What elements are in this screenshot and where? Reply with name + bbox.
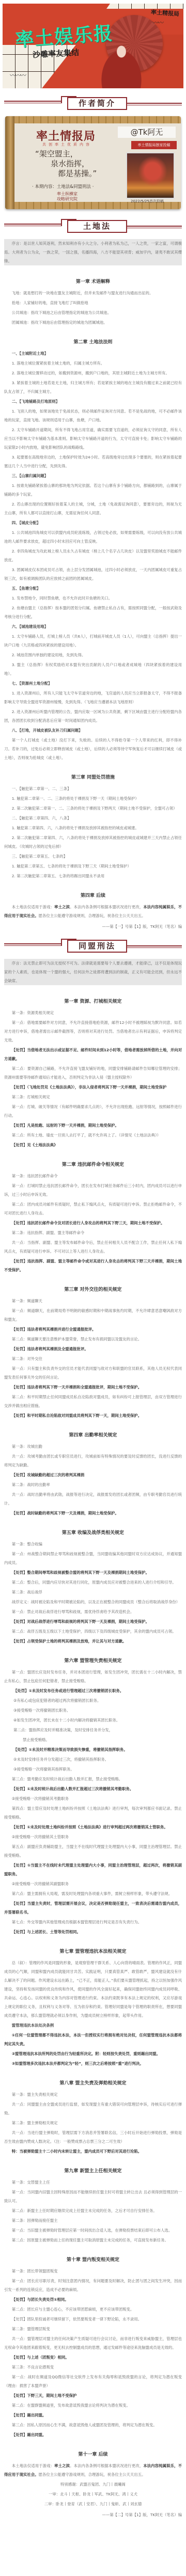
page-bottom-space — [0, 2523, 186, 2565]
penalty-item: ②接受贿赂一次将撤销其土管职务 — [4, 1832, 182, 1841]
clause: 第二点：盟指挥应及时并精准决策，及时安排任务并分发， — [4, 1726, 182, 1734]
clause: 禁止接受贿赂。 — [4, 1735, 182, 1744]
author-handle: @Tk阿无 — [118, 127, 176, 138]
rule-item: ②盟管理违抗本法所判的处罚由行为轻重所决定。附：轻则按失责处罚，重则踢出同盟。 — [4, 2049, 182, 2058]
land-law-body: 序言：是以世人知其逐利，然未知利亦有小大之分。小利者为私为己，一人之贵，一家之富… — [0, 239, 186, 931]
clause: 共一点：同盟盟主由全盟成员进行监督，如发现盟主有重大错误可向管理层申诉，待核实后… — [4, 2100, 182, 2117]
penalty: 【处罚】①未及时发布任务或进行管理超过三次将撤销团长职务。 — [4, 1686, 182, 1695]
article-title: 第一条：整合收编 — [4, 1540, 182, 1548]
penalty: 【处罚】踢出同盟。 — [4, 2411, 182, 2420]
clause: 第三点：因私人原因而心生不满，故意诋毁他人或盟团及管理的，将判定为潜在叛变。 — [4, 2421, 182, 2429]
section-header-author: 作者简介 — [4, 94, 182, 111]
chapter-title: 第三章 同盟处罚措施 — [4, 773, 182, 782]
article-title: 第二条：战后战俘 — [4, 1588, 182, 1597]
chapter-title: 第一章 资源、打城相关规定 — [4, 998, 182, 1006]
penalty: 【处罚】违法者将判其裸捐并进行全盟通报批评。 — [4, 1325, 182, 1334]
brand-name: 率土情报局 — [36, 128, 96, 144]
clause: 1. 触犯第二章第四、六，八条的将处于裸捐及放掉其被指控的城皮或城建。 — [4, 824, 182, 832]
subsection-title: 盟管理违抗本法处决条例 — [4, 2021, 182, 2030]
clause: 1. 发布禁地令，同时禁鱼塘，也不允许此时开鱼塘的关口。 — [4, 594, 182, 603]
clause: 第一点：只有盟主和负责外交的官员才能代表同盟与敌对方和联盟的官员联系，其他人员无… — [4, 1364, 182, 1382]
definition: 战俘定义：战时被沦陷及和平时期被沦陷的，以及正在被整合的同盟成员（整合后将取消战… — [4, 1598, 182, 1606]
penalty: 【处罚】攻城缺勤的超过三次的将判其裸捐 — [4, 1471, 182, 1479]
penalty: 【处罚】当盟主失责时，管理层需开展会议，决定是否弹劾现任盟主，一致表决后需通告盟… — [4, 1899, 182, 1917]
clause: 2. 落地主城位置移动过的，如搬到资源州，搬到户口地的，其原主城附近土地为主城方… — [4, 369, 182, 377]
penalty: 【处罚】违法者将判其下野一天并裸捐和全盟通报批评，期间土地不受保护。 — [4, 1383, 182, 1392]
section-title: 土地法 — [67, 220, 127, 233]
clause: 第六点：盟主需拥有大局观，需及时处理盟内各项重大事件，需树立榜样形象，带头遵守法… — [4, 1889, 182, 1898]
clause: 1. 太守车铺路人员，打城上榜人员（共6人），打城前开城皮人员（1人），可向盟主… — [4, 632, 182, 650]
penalty: 【处罚】下野三天，期间土地不受保护 — [4, 2391, 182, 2400]
clause: 1. 公共城池四角城皮可以供盟内成员轮流练级，占领过免必放，如果需要练级，可以向… — [4, 528, 182, 546]
clause: 1. 落地主城位置紧挨着主城土地的，归属主城方所有。 — [4, 359, 182, 368]
clause: 第二点：在盟群盟频道里，发布故意诋毁我盟言论将判决为潜在叛变。 — [4, 2401, 182, 2410]
clause: 第一点：借地需要邮件对方同意，不允许直接借地抢资源，邮件12小时不被理睬视为默许… — [4, 1018, 182, 1045]
zigzag-decoration: 〰〰 — [152, 18, 163, 27]
clause: 第一点：盟团长应及时发布任务，并对本团进行管理，如发生团冲突，团长需在十二小时内… — [4, 1668, 182, 1685]
chapter-title: 第八章 盟主失责及弹劾相关规定 — [4, 2079, 182, 2088]
closing-paragraph: 本土地法仅适用于游戏：率土之滨。本法内各条例可根据本盟状况进行更改，本法内容纯属… — [4, 903, 182, 920]
clause: 2. 第二次触犯第二章第五、七条的将踢出同盟永不录用 — [4, 872, 182, 880]
article-title: 第二条：盟主弹劾相关规定 — [4, 2119, 182, 2127]
special-note: 特：当被弹劾盟主十二小时内未转让盟主，盟内成员可下野后对其进行沦陷。 — [4, 2147, 182, 2156]
article-title: 第一条：违抗团长邮件命令 — [4, 1172, 182, 1180]
exclusive-tag: 率土情报局独家投稿 — [131, 141, 177, 149]
first-review: 一审：北斗丨天枢、卧龙丨军武、TK阿无、鸿丨义犬 — [4, 2490, 182, 2499]
penalty: 【处罚】整合期间辱骂和歧视被整合盟的将判其下野一天及裸捐期间土地受保护。 — [4, 1568, 182, 1577]
article-title: 第二条：违抗指挥、副盟、盟主等邮件命令 — [4, 1228, 182, 1237]
clause: 第二点：新盟主上任时期应继续完成上任盟主未完成的任务，之后才可自行安排任务。 — [4, 2206, 182, 2215]
penalty-item: ②接受贿赂一次将撤销其考勤职务 — [4, 1794, 182, 1803]
section-header-criminal-law: 同盟刑法 — [4, 937, 182, 954]
chapter-title: 第二章 违抗邮件命令相关规定 — [4, 1161, 182, 1170]
clause: 第三点：盟考勤应及时统计战后出勤人数并汇报，禁止接受贿赂。 — [4, 1775, 182, 1783]
clause: 3. 紧挨着主城的土地若是无主地，归主城方所有；若是紧挨主城的地在主城没有搬过来… — [4, 378, 182, 396]
header-banner: 〰〰〰 〰〰 率土娱乐报 沙雕率友集结 率土精报局 — [3, 4, 183, 88]
closing-paragraph: 本土地法仅适用于游戏：率土之滨。本法内各条例可根据本盟状况进行更改，本法内容纯属… — [4, 2461, 182, 2479]
submission-date: 2022/5/25首次投稿 — [131, 199, 164, 204]
clause: 3. 团属城皮仅本团成员可占领，由上层分发团属城池，过四小时必须放皮，一天内团属… — [4, 565, 182, 583]
penalty: 【处罚】①当盟主不在线时未代理盟主处理盟内大小事，同盟主治理管理层，超过两次，将… — [4, 1861, 182, 1878]
clause: 2. 城池范围内单独的建设用地，先到先得。 — [4, 651, 182, 659]
article-title: 第一条：资源类相关规定 — [4, 1008, 182, 1017]
subsection-title: 二、【触犯第二章第四、六，八条】 — [4, 814, 182, 823]
clause: 第二点：团长应与主盟心连心，不应该带团惹麻烦，更不应该带团叛变。 — [4, 2305, 182, 2314]
zigzag-decoration: 〰〰〰 — [10, 71, 25, 80]
clause: 第一点：打城时禁止违抗团长邮件命令，团长在发布打城任务邮件后三小时内，团内成员可… — [4, 1181, 182, 1199]
clause: 第二点：要资源自己铺路，不允许直接飞盟友铺好的地，同盟安排铺路请邮件告知哪位管理… — [4, 1064, 182, 1082]
penalty: 【处罚】违抗指挥、副盟、盟主等邮件命令或对其进行人身攻击的将判其下野三天并裸捐，… — [4, 1257, 182, 1274]
penalty-item: ③接受贿赂一次将撤销其指挥职务。 — [4, 1765, 182, 1774]
term: 抢地：人家铺好的地，直接飞地打了叫做抢地 — [4, 298, 182, 307]
penalty: 【处罚】（飞地处罚见《土地法法典》），非法入侵者将判其下野一天并裸捐，期间土地受… — [4, 1083, 182, 1092]
clause: 第一点：打城、破关等情况（有邮件明确要求几点的），不允许出现抢跑、远射等情况，按… — [4, 1102, 182, 1120]
clause: 第一点：州战整合期间禁止辱骂和歧视被整合盟，当同盟收编其他同盟时双方应达成协议，… — [4, 1550, 182, 1567]
clause: 3. 盟主（总指挥）有权奖励给对本盟有突出贡献的人员户口地或者成城地（四块紧挨着… — [4, 660, 182, 678]
clause: 1. 飞别人的地，如果该地处于免战状态，则必须邮件征询对方同意。若不是免战的地，… — [4, 407, 182, 424]
clause: 第二点：战俘五级及五级以下土地受保护，四级以下及四级城皮受保护，其余的盟内成员可… — [4, 1627, 182, 1636]
penalty: 【处罚】凡是抢跑、远射的下野一天并裸捐，期间土地受保护。 — [4, 1121, 182, 1130]
clause: 第一点：当同盟内旧盟主因特殊原因而不能继续担任盟主时可将盟主转让出去 且必须得到… — [4, 2188, 182, 2205]
term: 飞地：就是想打的一块地在盟友主城附近，但并未发邮件与盟友进行沟通而出征的。 — [4, 289, 182, 297]
penalty: 【处罚】与上述团长、土管等处罚相同。 — [4, 1927, 182, 1936]
rule-item: ③如盟管理多次违抗本法并都判定为“轻”，则三次之后将按照“重”进行判决。 — [4, 2059, 182, 2068]
clause: 2. 非四角城皮为攻此城上榜人员永久占有城皮（榜上几个名字占几块皮）以及盟里奖励… — [4, 547, 182, 564]
penalty: 【处罚】占领受保护土地的将判其裸捐及放地，并让其与对方道歉。 — [4, 1637, 182, 1646]
subsection-title: 三、【山寨归属问题】 — [4, 471, 182, 480]
clause: 第一个人打城皮（或土地）没打下来，失败的。后续的人不得抢夺第一个人带来的红利，即… — [4, 736, 182, 762]
scroll-roll — [5, 116, 14, 209]
chapter-title: 第十一章 后续 — [4, 2451, 182, 2459]
clause: 第二点：所有土地、墙皮一旦别人去打平了，就不允许再上了。（详情见《土地法法典》） — [4, 1131, 182, 1140]
clause: 1. 进入资源州后，所有人只能飞太守车官道旁边的地，飞官道的人员应当立即报备太守… — [4, 689, 182, 706]
acknowledgement: 特别感谢：武盟百鬼团、九门丨晨曦阁 — [4, 2480, 182, 2489]
clause: 1. 按谁先铺路紧挨着山寨的那块地为判定依据。若这个山寨有多个铺路方向，都铺路到… — [4, 481, 182, 499]
clause: 第一点：禁止对战后战俘进行辱骂和歧视，需优待俘虏给予其改造机会。 — [4, 1607, 182, 1616]
subsection-title: 一、【触犯第二章第一、二、三条】 — [4, 784, 182, 793]
penalty: 【处罚】违法者将判其裸捐及全盟通报批评。 — [4, 1345, 182, 1353]
article-title: 第一条：交替盟主上任 — [4, 2178, 182, 2187]
section-title: 作者简介 — [67, 97, 127, 110]
clause: 第一点：当旧盟主被弹劾时管理层应第一时间找出合适人选，在弹劾投票结束后即可公布人… — [4, 2226, 182, 2235]
chapter-title: 第四章 后续 — [4, 892, 182, 900]
clause: 第五点：副盟应负责辅助盟主，当盟主不在线时代理盟主处理盟内大小事，同盟主治理管理… — [4, 1842, 182, 1860]
subsection-title: 一、【主城附近土地】 — [4, 349, 182, 358]
penalty-item: ②接受贿赂一次将撤销其副盟职务 — [4, 1879, 182, 1888]
penalty: 【处罚】团队里投诚者可继续留下，依然要叛变者一律下野沦陷，永不录用。 — [4, 2315, 182, 2324]
clause: 2. 太守车铺路开道期间，所有不得飞地占用官道，确实需要飞官道的，必须征询太守的… — [4, 425, 182, 452]
article-title: 第一条：攻城出勤 — [4, 1442, 182, 1451]
article-title: 第一条：盟主失责相关规定 — [4, 2090, 182, 2099]
article-title: 第一条：频道聊天 — [4, 1297, 182, 1305]
chapter-title: 第四章 出勤率相关规定 — [4, 1431, 182, 1440]
article-title: 第三条：不良言论潜叛变 — [4, 2363, 182, 2372]
clause: 第二点：整合后，同盟内应尽快对其进行同化，原盟内成员应对被整合进来的人进行介绍和… — [4, 1578, 182, 1587]
penalty-item: ②有私心或包庇犯错者的超过两次将撤销团长职务。 — [4, 1696, 182, 1705]
rule-item: ①任何一位盟管理都不得违抗本法，本法一但授权实行将拥有绝对处决权，任何盟管理违抗… — [4, 2031, 182, 2048]
subsection-title: 二、【飞地铺路及打地原则】 — [4, 397, 182, 406]
penalty: 【处罚】①未及时处理土地纠纷并按照《土地法法典》进行审判超过两次将撤销其土管职务… — [4, 1823, 182, 1831]
clause: 共一点：当进行盟主弹劾时，管理层需下方消息并签署联名信，三小时后开始进行弹劾投票… — [4, 2128, 182, 2146]
second-review: 二审：卧龙丨登育（武丨安君）、九门丨鬼斩、武丨刘玄德 — [4, 2500, 182, 2508]
brand-slogan: 共创率土优质内容 — [42, 142, 92, 147]
seal-text: 率土纵横家 攻略研究院 — [57, 192, 78, 202]
author-card: 率土情报局 共创率土优质内容 “架空盟主， 泉水指挥， 都是基操。” · 本期内… — [5, 116, 181, 209]
subsection-title: 七、【资源州土地分配】 — [4, 679, 182, 688]
article-title: 第二条：打城相关规定 — [4, 1093, 182, 1101]
penalty: 【处罚】战时缺勤的将判其下野一天及裸捐，期间土地受保护。 — [4, 1509, 182, 1518]
penalty-item: ②未及时安排任务并分发超过三次，将撤销其指挥职务。 — [4, 1755, 182, 1764]
clause: 第二点：因原盟主被弹劾而上任的现任盟主可取消原盟主未完成的任务，可直接发布新任务… — [4, 2236, 182, 2245]
penalty: 【处罚】与团长失责处罚①相同。 — [4, 2295, 182, 2304]
chapter-intro: 总（叙）：管理的作风是同盟的形象，是观察管理干群关系、人心向背的晴雨表。管理的作… — [4, 1958, 182, 2020]
preface: 序言：法无禁止即可为法无授权不可为。法律就是需要每个人要去遵循，才能律己，这不仅… — [4, 959, 182, 985]
article-page: 〰〰〰 〰〰 率土娱乐报 沙雕率友集结 率土精报局 作者简介 率土情报局 共创率… — [0, 4, 186, 2565]
penalty: 【处罚】违抗团长邮件命令及对团长进行人身攻击的将判其下野三天，期间土地不受保护。 — [4, 1219, 182, 1227]
chapter-title: 第七章 盟管理违抗本法相关规定 — [4, 1948, 182, 1956]
clause: 第二点：团内成员对邮件有质疑时，禁止私下煽风点火，有质疑可进行申诉。禁止拒绝邮件… — [4, 1200, 182, 1218]
penalty: 【处罚】①未及时统计战后出勤人数并汇报超过三次将撤销其考勤职务。 — [4, 1784, 182, 1793]
subsection-title: 六、【城池建设用地】 — [4, 622, 182, 631]
chapter-title: 第五章 收编及战俘类相关规定 — [4, 1529, 182, 1538]
section-title: 同盟刑法 — [67, 940, 127, 953]
chapter-title: 第六章 盟管理失责相关规定 — [4, 1657, 182, 1666]
term: 公共城池：指攻下城池之后由管理指定的城池为公共城池。 — [4, 308, 182, 317]
clause: 第一点：战时在频道及QQ微信等社交软件上发布有关侮辱和诋毁敌盟的言论，将判定为潜… — [4, 2373, 182, 2390]
clause: 第七点：外交等盟内其他管理成员根据本盟管理层进行判定是否有失责行为。 — [4, 1918, 182, 1926]
chapter-title: 第三章 对外交往的相关规定 — [4, 1286, 182, 1294]
penalty: 【处罚】①未及时并精准决策而导致损失惨重，将撤销其指挥职务。 — [4, 1745, 182, 1754]
tree-image — [126, 152, 175, 199]
article-title: 第二条：对外交往 — [4, 1354, 182, 1363]
clause: 2. 第二次触犯第二章第四、六，八条的将处于裸捐及放掉其被指控的城皮或城建并三天… — [4, 833, 182, 851]
clause: 第二点：频道聊天要注意维护本盟荣誉，禁止发布有损同盟以及盟友的言论。 — [4, 1335, 182, 1344]
chapter-title: 第九章 新盟主上任相关规定 — [4, 2167, 182, 2176]
penalty-item: ③接受贿赂一次将撤销团长职务。 — [4, 1706, 182, 1715]
issue-content: · 本期内容：土地法&同盟刑法 · — [32, 183, 94, 189]
preface: 序言：是以世人知其逐利，然未知利亦有小大之分。小利者为私为己，一人之贵，一家之富… — [4, 239, 182, 265]
edition-signature: ——第【一】号第【1】版，TK阿无（笔名）编 — [4, 922, 182, 931]
clause: 3. 起要塞在高级地旁边的，土地保护时效为24小时。若高级地旁边出现多个要塞的，… — [4, 453, 182, 470]
penalty-item: ④如发生团冲突，团长未在十二小时内解决将撤销其团长职务。 — [4, 1716, 182, 1725]
scroll-rod — [5, 116, 181, 123]
article-title: 第一条：团长带领盟团叛变 — [4, 2267, 182, 2275]
penalty: 【处罚】和平时期私自沦陷敌对同盟成员将判其下野一天，期间土地受保护。 — [4, 1411, 182, 1420]
penalty: 【处罚】踢出同盟。 — [4, 2430, 182, 2439]
penalty: 【处罚】与上述（团叛变）相同。 — [4, 2353, 182, 2362]
subsection-title: 三、【触犯第二章第五、七条的】 — [4, 852, 182, 861]
penalty: 【处罚】当借地者无法出示或证据不足、邮件时间未到12小时等，借地者需放掉所借的土… — [4, 1046, 182, 1063]
chapter-title: 第二章 土地法法则 — [4, 338, 182, 347]
clause: 共一点：当指挥、副盟、盟主等发布邮件命令后，禁止任何相关人员不配合工作，禁止任何… — [4, 1238, 182, 1256]
clause: 第一点：团长应尽职尽责，时刻注意团内情况，有问题要及时解决，防止团与团之间发生冲… — [4, 2277, 182, 2294]
term: 团属城池：指攻下城池后由管理指定的城池为团属城池。 — [4, 318, 182, 327]
chapter-title: 第十章 盟内叛变相关规定 — [4, 2256, 182, 2265]
clause: 2. 进入资源州后听盟内管理的公告，盟内应取一区域为公共资源，剩下区域由盟主进行… — [4, 707, 182, 725]
chapter-title: 第一章 术语解释 — [4, 278, 182, 287]
edition-signature: ——第【二】号第【1】版，TK阿无（笔名）编 — [4, 2510, 182, 2519]
section-header-land-law: 土地法 — [4, 217, 182, 234]
subsection-title: 五、【鱼塘分配】 — [4, 584, 182, 593]
clause: 共一点：攻城考勤由团长或专职官员进行，攻城前如有特殊情况的要及时反馈给团长，没进… — [4, 1452, 182, 1469]
clause: 第二点：和平时期禁止任何同盟成员私自沦陷敌对盟成员，如有纠纷可上报管理层，由双方… — [4, 1393, 182, 1410]
subsection-title: 八、【打地，开城皮被队友补刀归属问题】 — [4, 726, 182, 735]
article-title: 第二条：因弹劾而接任盟主 — [4, 2216, 182, 2225]
clause: 共一点：战时出勤率将由武勋，战报等进行决定，战报需发给团长或者团频，由专职考勤官… — [4, 1490, 182, 1508]
clause: 1. 触犯第二章第一、二、三条的将处于裸捐及下野一天（期间土地受保护） — [4, 794, 182, 803]
penalty: 【处罚】见《土地法法典》 — [4, 1141, 182, 1149]
penalty: 【处罚】对战后战俘进行辱骂和歧视的将判其下野一天及裸捐，期间土地受保护。 — [4, 1617, 182, 1626]
clause: 2. 鱼塘由盟主（总指挥）按本盟的团划分归属。鱼塘禁止私自占有，需按照同盟分配，… — [4, 604, 182, 621]
author-quote: “架空盟主， 泉水指挥， 都是基操。” — [35, 149, 97, 179]
clause: 2. 第二次触犯第二章第一、二、三条的将处于裸捐及下野两天（期间土地不受保护，全… — [4, 804, 182, 813]
clause: 第四点：盟土管应及时处理土地纠纷并按照《土地法法典》进行审判，每次审判都应书面记… — [4, 1804, 182, 1822]
clause: 2. 若山寨出现的位置刚好挨着某人的主城，分城，土地（免战需征询同意），要塞旁边… — [4, 500, 182, 517]
article-title: 第二条：战时的出勤率 — [4, 1480, 182, 1489]
clause: 第一点：频道聊天，在前期局势不明朗的敏感时期和中期战事焦灼时期，不允许肆意恶意嘲… — [4, 1306, 182, 1324]
criminal-law-body: 序言：法无禁止即可为法无授权不可为。法律就是需要每个人要去遵循，才能律己，这不仅… — [0, 959, 186, 2519]
article-title: 第二条：盟管理层叛变 — [4, 2325, 182, 2333]
subsection-title: 四、【城皮分配】 — [4, 518, 182, 527]
clause: 共一点：盟管理层对盟主的任何决策产生质疑可进行会议讨论，而非进行叛变来威胁盟主，… — [4, 2334, 182, 2352]
clause: 1. 触犯第二章第五、七条的将处于裸捐及下野三天（期间土地受保护） — [4, 862, 182, 871]
